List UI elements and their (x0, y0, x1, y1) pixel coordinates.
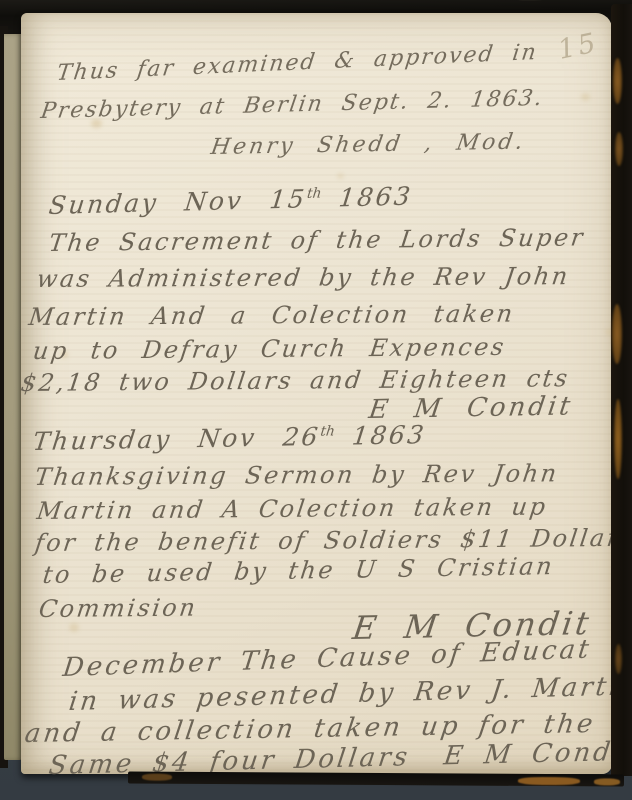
cover-wear-mark (512, 0, 552, 1)
foxing-stain (69, 623, 79, 632)
rust-spot (594, 778, 620, 785)
entry-date: Thursday Nov 26 (31, 422, 321, 456)
rust-spot (612, 304, 622, 364)
date-ordinal: th (306, 186, 322, 202)
manuscript-line: Commision (37, 594, 199, 623)
entry-date-heading: Thursday Nov 26th1863 (31, 420, 427, 456)
rust-spot (614, 399, 622, 479)
entry-date: Sunday Nov 15 (47, 184, 308, 220)
manuscript-line: up to Defray Curch Expences (31, 333, 508, 365)
manuscript-line: Martin and A Colection taken up (35, 493, 549, 525)
book-cover-right-edge (611, 4, 632, 776)
signature: E M Condit (442, 737, 632, 772)
foxing-stain (337, 173, 344, 179)
manuscript-line: Thanksgiving Sermon by Rev John (33, 459, 560, 491)
rust-spot (613, 58, 622, 104)
entry-date-heading: Sunday Nov 15th1863 (47, 181, 414, 220)
rust-spot (615, 132, 623, 166)
page-number-pencil: 15 (555, 27, 601, 66)
page-stack-edge (128, 771, 624, 786)
manuscript-line: to be used by the U S Cristian (41, 552, 556, 589)
date-ordinal: th (320, 423, 336, 439)
manuscript-line: was Administered by the Rev John (35, 262, 572, 293)
photographed-ledger: 15 Thus far examined & approved in Presb… (0, 0, 632, 800)
approval-note-line: Presbytery at Berlin Sept. 2. 1863. (39, 86, 545, 124)
rust-spot (615, 644, 622, 674)
manuscript-line: Martin And a Colection taken (27, 300, 516, 331)
entry-year: 1863 (351, 420, 428, 450)
foxing-stain (581, 93, 590, 101)
manuscript-line: The Sacrement of the Lords Super (47, 223, 586, 257)
moderator-signature: Henry Shedd , Mod. (209, 129, 528, 160)
rust-spot (518, 777, 580, 785)
rust-spot (142, 774, 172, 781)
ledger-page: 15 Thus far examined & approved in Presb… (21, 13, 612, 774)
entry-year: 1863 (337, 181, 414, 212)
approval-note-line: Thus far examined & approved in (55, 40, 539, 86)
